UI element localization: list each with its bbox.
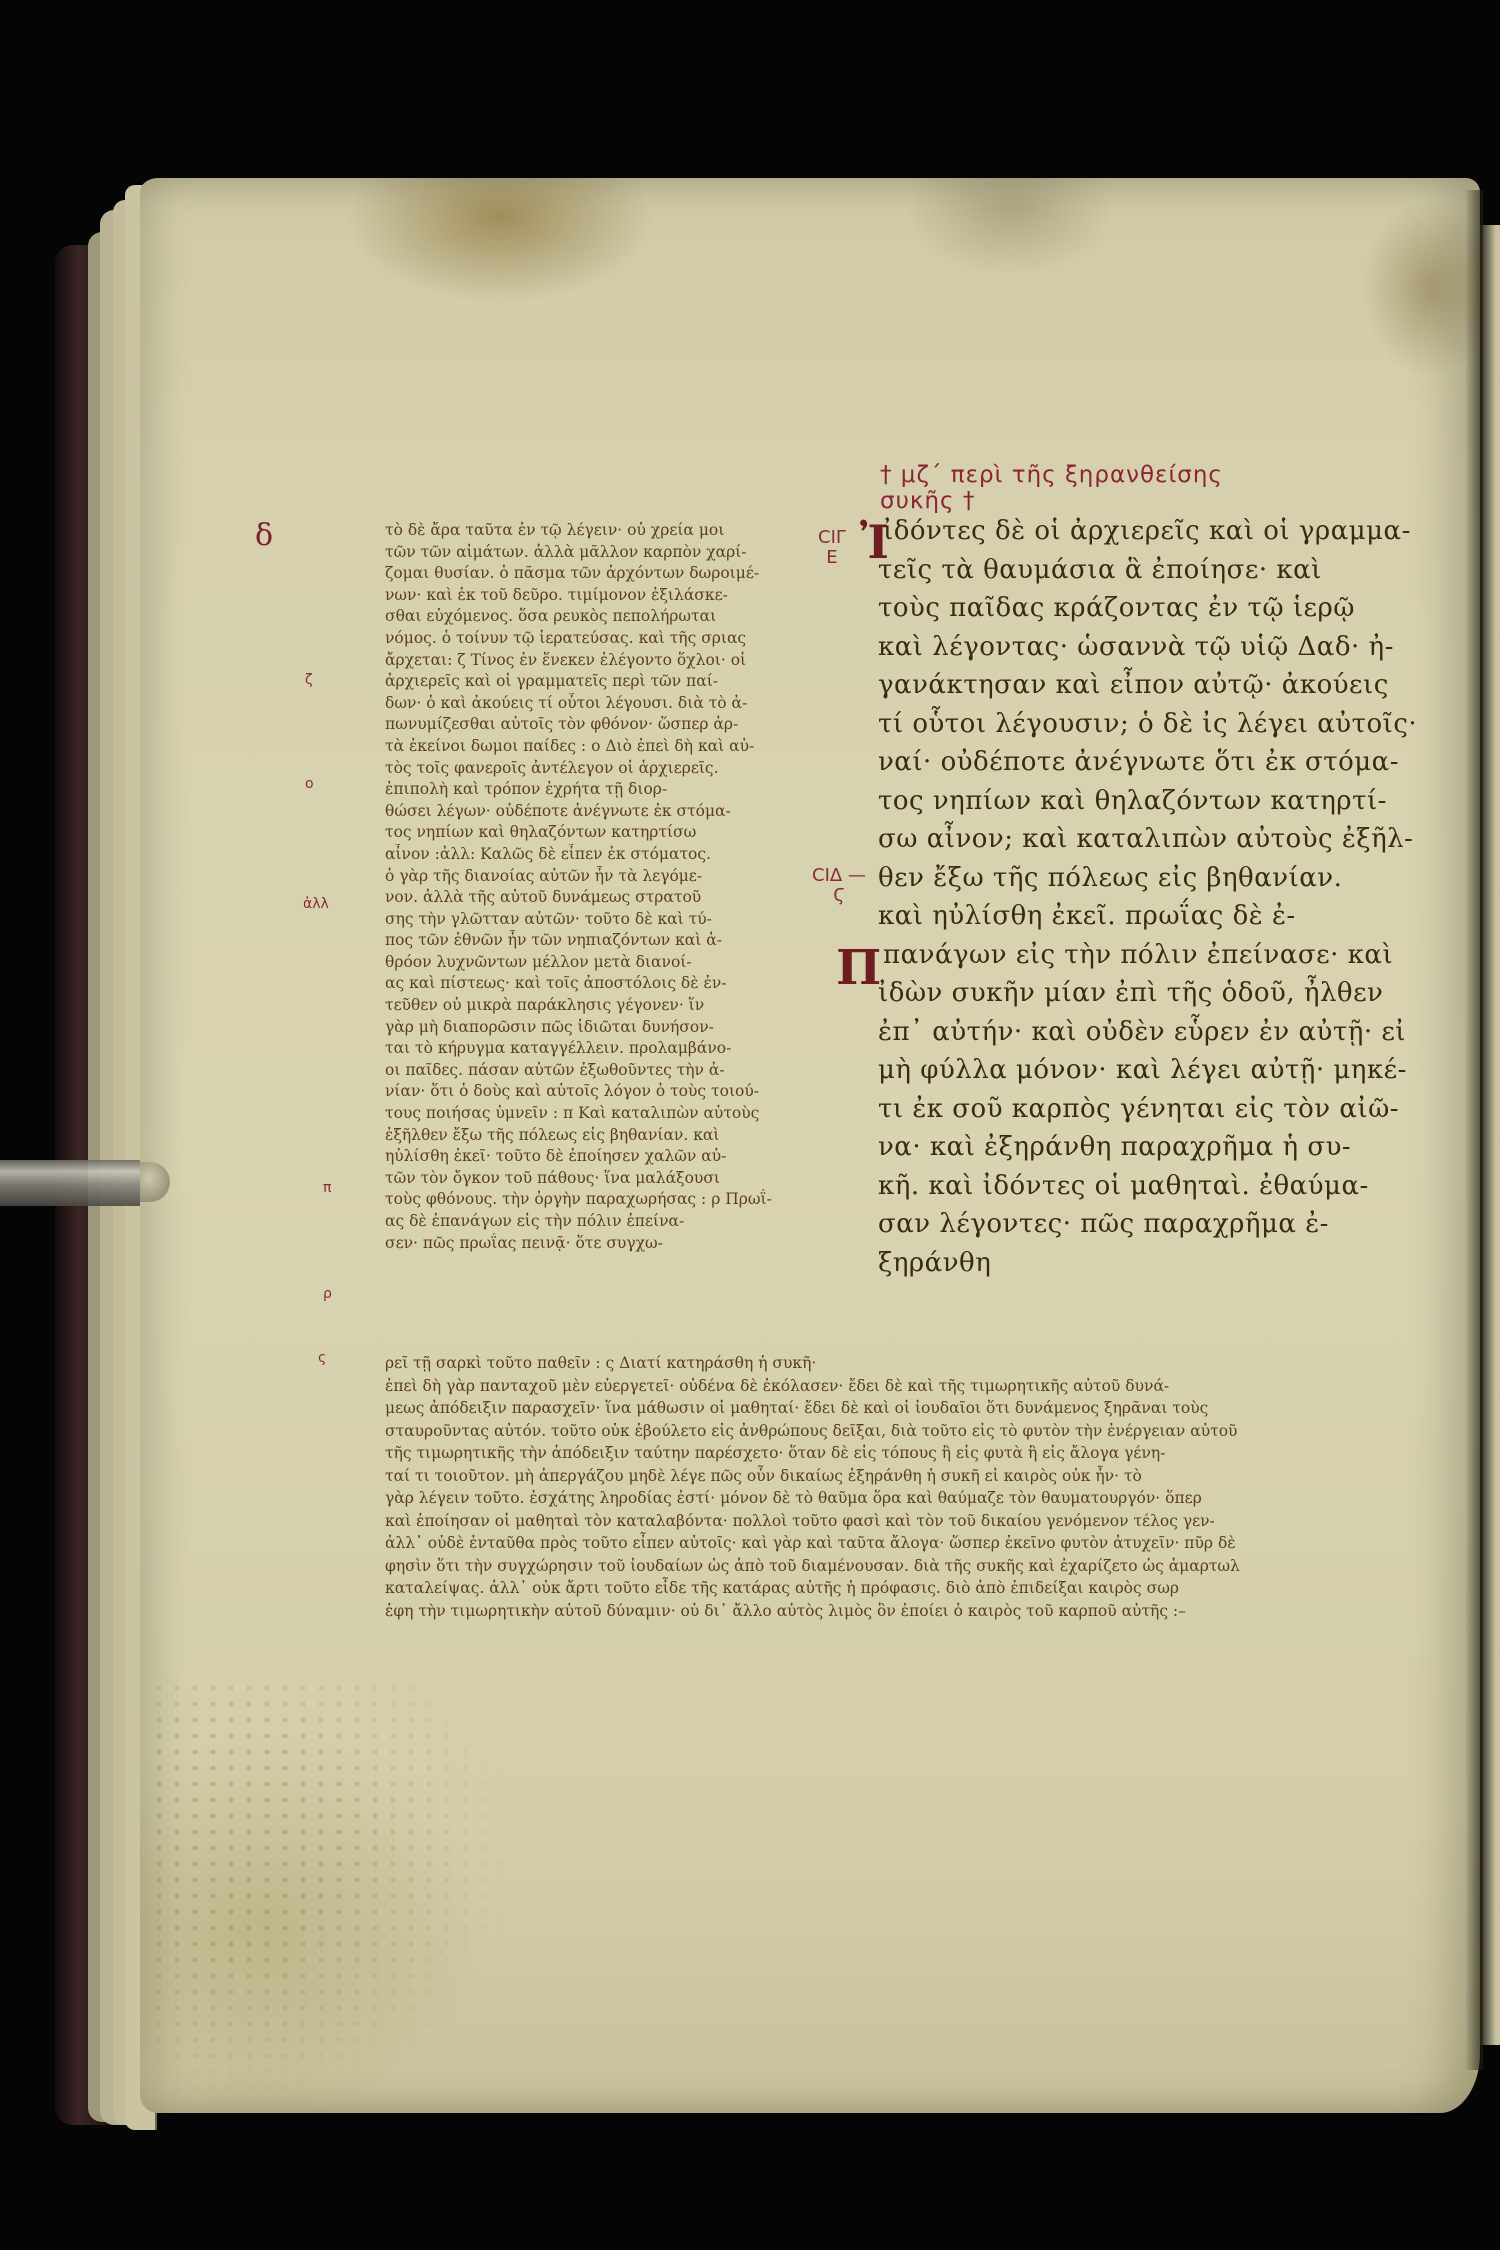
commentary-line: τὰ ἐκείνοι δωμοι παίδες : ο Διὸ ἐπεὶ δὴ … <box>385 736 805 758</box>
gutter-shadow <box>1465 190 1483 2070</box>
commentary-line: τεῦθεν οὐ μικρὰ παράκλησις γέγονεν· ἵν <box>385 995 805 1017</box>
commentary-line: τὸ δὲ ἄρα ταῦτα ἐν τῷ λέγειν· οὐ χρεία μ… <box>385 520 805 542</box>
commentary-line: τὸς τοῖς φανεροῖς ἀντέλεγον οἱ ἀρχιερεῖς… <box>385 758 805 780</box>
commentary-line: σεν· πῶς πρωΐας πεινᾷ· ὅτε συγχω- <box>385 1233 805 1255</box>
facing-page-edge <box>1480 225 1500 2045</box>
commentary-line: γὰρ μὴ διαπορῶσιν πῶς ἰδιῶται δυνήσον- <box>385 1017 805 1039</box>
commentary-line: ἄρχεται: ζ Τίνος ἐν ἕνεκεν ἐλέγοντο ὅχλο… <box>385 650 805 672</box>
margin-note: ο <box>305 776 314 792</box>
commentary-line: γὰρ λέγειν τοῦτο. ἐσχάτης ληροδίας ἐστί·… <box>385 1487 1455 1510</box>
gospel-line: να· καὶ ἐξηράνθη παραχρῆμα ἡ συ- <box>878 1128 1448 1167</box>
gospel-line: σαν λέγοντες· πῶς παραχρῆμα ἐ- <box>878 1205 1448 1244</box>
margin-note: ρ <box>323 1286 332 1302</box>
commentary-line: θώσει λέγων· οὐδέποτε ἀνέγνωτε ἐκ στόμα- <box>385 801 805 823</box>
commentary-line: ζομαι θυσίαν. ὁ πᾶσμα τῶν ἀρχόντων δωροι… <box>385 563 805 585</box>
gospel-line: καὶ ηὐλίσθη ἐκεῖ. πρωΐας δὲ ἐ- <box>878 897 1448 936</box>
margin-note: ἀλλ <box>303 896 329 912</box>
folio-mark: δ <box>255 518 273 553</box>
commentary-line: αἶνον :ἀλλ: Καλῶς δὲ εἶπεν ἐκ στόματος. <box>385 844 805 866</box>
commentary-line: τους ποιήσας ὑμνεῖν : π Καὶ καταλιπὼν αὐ… <box>385 1103 805 1125</box>
commentary-line: θρόον λυχνῶντων μέλλον μετὰ διανοί- <box>385 952 805 974</box>
ammonian-section-mark: ϹΙΓ Ε <box>818 528 846 568</box>
commentary-line: ὁ γὰρ τῆς διανοίας αὐτῶν ἦν τὰ λεγόμε- <box>385 866 805 888</box>
commentary-line: τῶν τῶν αἱμάτων. ἀλλὰ μᾶλλον καρπὸν χαρί… <box>385 542 805 564</box>
gospel-line: τι ἐκ σοῦ καρπὸς γένηται εἰς τὸν αἰῶ- <box>878 1090 1448 1129</box>
commentary-line: σης τὴν γλῶτταν αὐτῶν· τοῦτο δὲ καὶ τύ- <box>385 909 805 931</box>
commentary-line: ἐφη τὴν τιμωρητικὴν αὐτοῦ δύναμιν· οὐ δι… <box>385 1600 1455 1623</box>
gospel-line: ἐπ᾽ αὐτήν· καὶ οὐδὲν εὗρεν ἐν αὐτῇ· εἰ <box>878 1013 1448 1052</box>
gospel-line: γανάκτησαν καὶ εἶπον αὐτῷ· ἀκούεις <box>878 666 1448 705</box>
gospel-line: πανάγων εἰς τὴν πόλιν ἐπείνασε· καὶ <box>878 936 1448 975</box>
commentary-line: ἐπιπολὴ καὶ τρόπον ἐχρήτα τῇ διορ- <box>385 779 805 801</box>
commentary-line: σθαι εὐχόμενος. ὅσα ρευκὸς πεπολήρωται <box>385 606 805 628</box>
commentary-line: τῆς τιμωρητικῆς τὴν ἀπόδειξιν ταύτην παρ… <box>385 1442 1455 1465</box>
commentary-line: ας δὲ ἐπανάγων εἰς τὴν πόλιν ἐπείνα- <box>385 1211 805 1233</box>
commentary-line: ται τὸ κήρυγμα καταγγέλλειν. προλαμβάνο- <box>385 1038 805 1060</box>
commentary-line: πος τῶν ἐθνῶν ἦν τῶν νηπιαζόντων καὶ ἀ- <box>385 930 805 952</box>
commentary-line: πωνυμίζεσθαι αὐτοῖς τὸν φθόνον· ὥσπερ ἀρ… <box>385 714 805 736</box>
gospel-line: μὴ φύλλα μόνον· καὶ λέγει αὐτῇ· μηκέ- <box>878 1051 1448 1090</box>
gospel-line: τος νηπίων καὶ θηλαζόντων κατηρτί- <box>878 782 1448 821</box>
gospel-line: ἰδὼν συκῆν μίαν ἐπὶ τῆς ὁδοῦ, ἦλθεν <box>878 974 1448 1013</box>
gospel-line: τοὺς παῖδας κράζοντας ἐν τῷ ἱερῷ <box>878 589 1448 628</box>
section-mark-sub: Ε <box>818 548 846 568</box>
margin-note: ς <box>318 1350 326 1366</box>
gospel-line: θεν ἔξω τῆς πόλεως εἰς βηθανίαν. <box>878 859 1448 898</box>
margin-note: π <box>323 1180 331 1196</box>
gospel-line: τί οὗτοι λέγουσιν; ὁ δὲ ἰς λέγει αὐτοῖς· <box>878 705 1448 744</box>
foxing-stains <box>150 1680 510 2100</box>
commentary-line: δων· ὁ καὶ ἀκούεις τί οὗτοι λέγουσι. διὰ… <box>385 693 805 715</box>
commentary-line: ἐπεὶ δὴ γὰρ πανταχοῦ μὲν εὐεργετεῖ· οὐδέ… <box>385 1375 1455 1398</box>
gospel-line: ναί· οὐδέποτε ἀνέγνωτε ὅτι ἐκ στόμα- <box>878 743 1448 782</box>
commentary-line: ἀλλ᾽ οὐδὲ ἐνταῦθα πρὸς τοῦτο εἶπεν αὐτοῖ… <box>385 1532 1455 1555</box>
commentary-line: καταλείψας. ἀλλ᾽ οὐκ ἄρτι τοῦτο εἶδε τῆς… <box>385 1577 1455 1600</box>
section-mark-sub: Ϛ <box>812 886 866 906</box>
commentary-line: ἀρχιερεῖς καὶ οἱ γραμματεῖς περὶ τῶν παί… <box>385 671 805 693</box>
gospel-text-column: ἰδόντες δὲ οἱ ἀρχιερεῖς καὶ οἱ γραμμα- τ… <box>878 512 1448 1282</box>
commentary-line: ρεῖ τῇ σαρκὶ τοῦτο παθεῖν : ς Διατί κατη… <box>385 1352 1455 1375</box>
ammonian-section-mark: ϹΙΔ — Ϛ <box>812 866 866 906</box>
commentary-line: σταυροῦντας αὐτόν. τοῦτο οὐκ ἐβούλετο εἰ… <box>385 1420 1455 1443</box>
commentary-line: οι παῖδες. πάσαν αὐτῶν ἐξωθοῦντες τὴν ἀ- <box>385 1060 805 1082</box>
commentary-line: τῶν τὸν ὄγκον τοῦ πάθους· ἵνα μαλάξουσι <box>385 1168 805 1190</box>
commentary-line: ας καὶ πίστεως· καὶ τοῖς ἀποστόλοις δὲ ἐ… <box>385 973 805 995</box>
decorated-initial: Π <box>836 940 881 996</box>
glass-page-weight-rod <box>0 1160 140 1206</box>
commentary-bottom-block: ρεῖ τῇ σαρκὶ τοῦτο παθεῖν : ς Διατί κατη… <box>385 1352 1455 1622</box>
commentary-line: νόμος. ὁ τοίνυν τῷ ἱερατεύσας. καὶ τῆς σ… <box>385 628 805 650</box>
commentary-line: τος νηπίων καὶ θηλαζόντων κατηρτίσω <box>385 822 805 844</box>
commentary-line: ταί τι τοιοῦτον. μὴ ἀπεργάζου μηδὲ λέγε … <box>385 1465 1455 1488</box>
gospel-line: ξηράνθη <box>878 1244 1448 1283</box>
commentary-line: τοὺς φθόνους. τὴν ὀργὴν παραχωρήσας : ρ … <box>385 1189 805 1211</box>
commentary-line: νων· καὶ ἐκ τοῦ δεῦρο. τιμίμονον ἐξιλάσκ… <box>385 585 805 607</box>
margin-note: ζ <box>305 672 313 688</box>
gospel-line: καὶ λέγοντας· ὡσαννὰ τῷ υἱῷ Δαδ· ἠ- <box>878 628 1448 667</box>
commentary-line: ηὐλίσθη ἐκεῖ· τοῦτο δὲ ἐποίησεν χαλῶν αὐ… <box>385 1146 805 1168</box>
commentary-left-column: τὸ δὲ ἄρα ταῦτα ἐν τῷ λέγειν· οὐ χρεία μ… <box>385 520 805 1254</box>
gospel-line: κῆ. καὶ ἰδόντες οἱ μαθηταὶ. ἐθαύμα- <box>878 1167 1448 1206</box>
commentary-line: νον. ἀλλὰ τῆς αὐτοῦ δυνάμεως στρατοῦ <box>385 887 805 909</box>
section-mark-label: ϹΙΔ — <box>812 866 866 886</box>
gospel-line: σω αἶνον; καὶ καταλιπὼν αὐτοὺς ἐξῆλ- <box>878 820 1448 859</box>
commentary-line: μεως ἀπόδειξιν παρασχεῖν· ἵνα μάθωσιν οἱ… <box>385 1397 1455 1420</box>
gospel-line: ἰδόντες δὲ οἱ ἀρχιερεῖς καὶ οἱ γραμμα- <box>878 512 1448 551</box>
section-mark-label: ϹΙΓ <box>818 528 846 548</box>
commentary-line: ἐξῆλθεν ἔξω τῆς πόλεως εἰς βηθανίαν. καὶ <box>385 1125 805 1147</box>
commentary-line: φησὶν ὅτι τὴν συγχώρησιν τοῦ ἰουδαίων ὡς… <box>385 1555 1455 1578</box>
gospel-line: τεῖς τὰ θαυμάσια ἃ ἐποίησε· καὶ <box>878 551 1448 590</box>
chapter-title-rubric: † μζ΄ περὶ τῆς ξηρανθείσης συκῆς † <box>880 462 1300 514</box>
commentary-line: νίαν· ὅτι ὁ δοὺς καὶ αὐτοῖς λόγον ὁ τοὺς… <box>385 1081 805 1103</box>
commentary-line: καὶ ἐποίησαν οἱ μαθηταὶ τὸν καταλαβόντα·… <box>385 1510 1455 1533</box>
